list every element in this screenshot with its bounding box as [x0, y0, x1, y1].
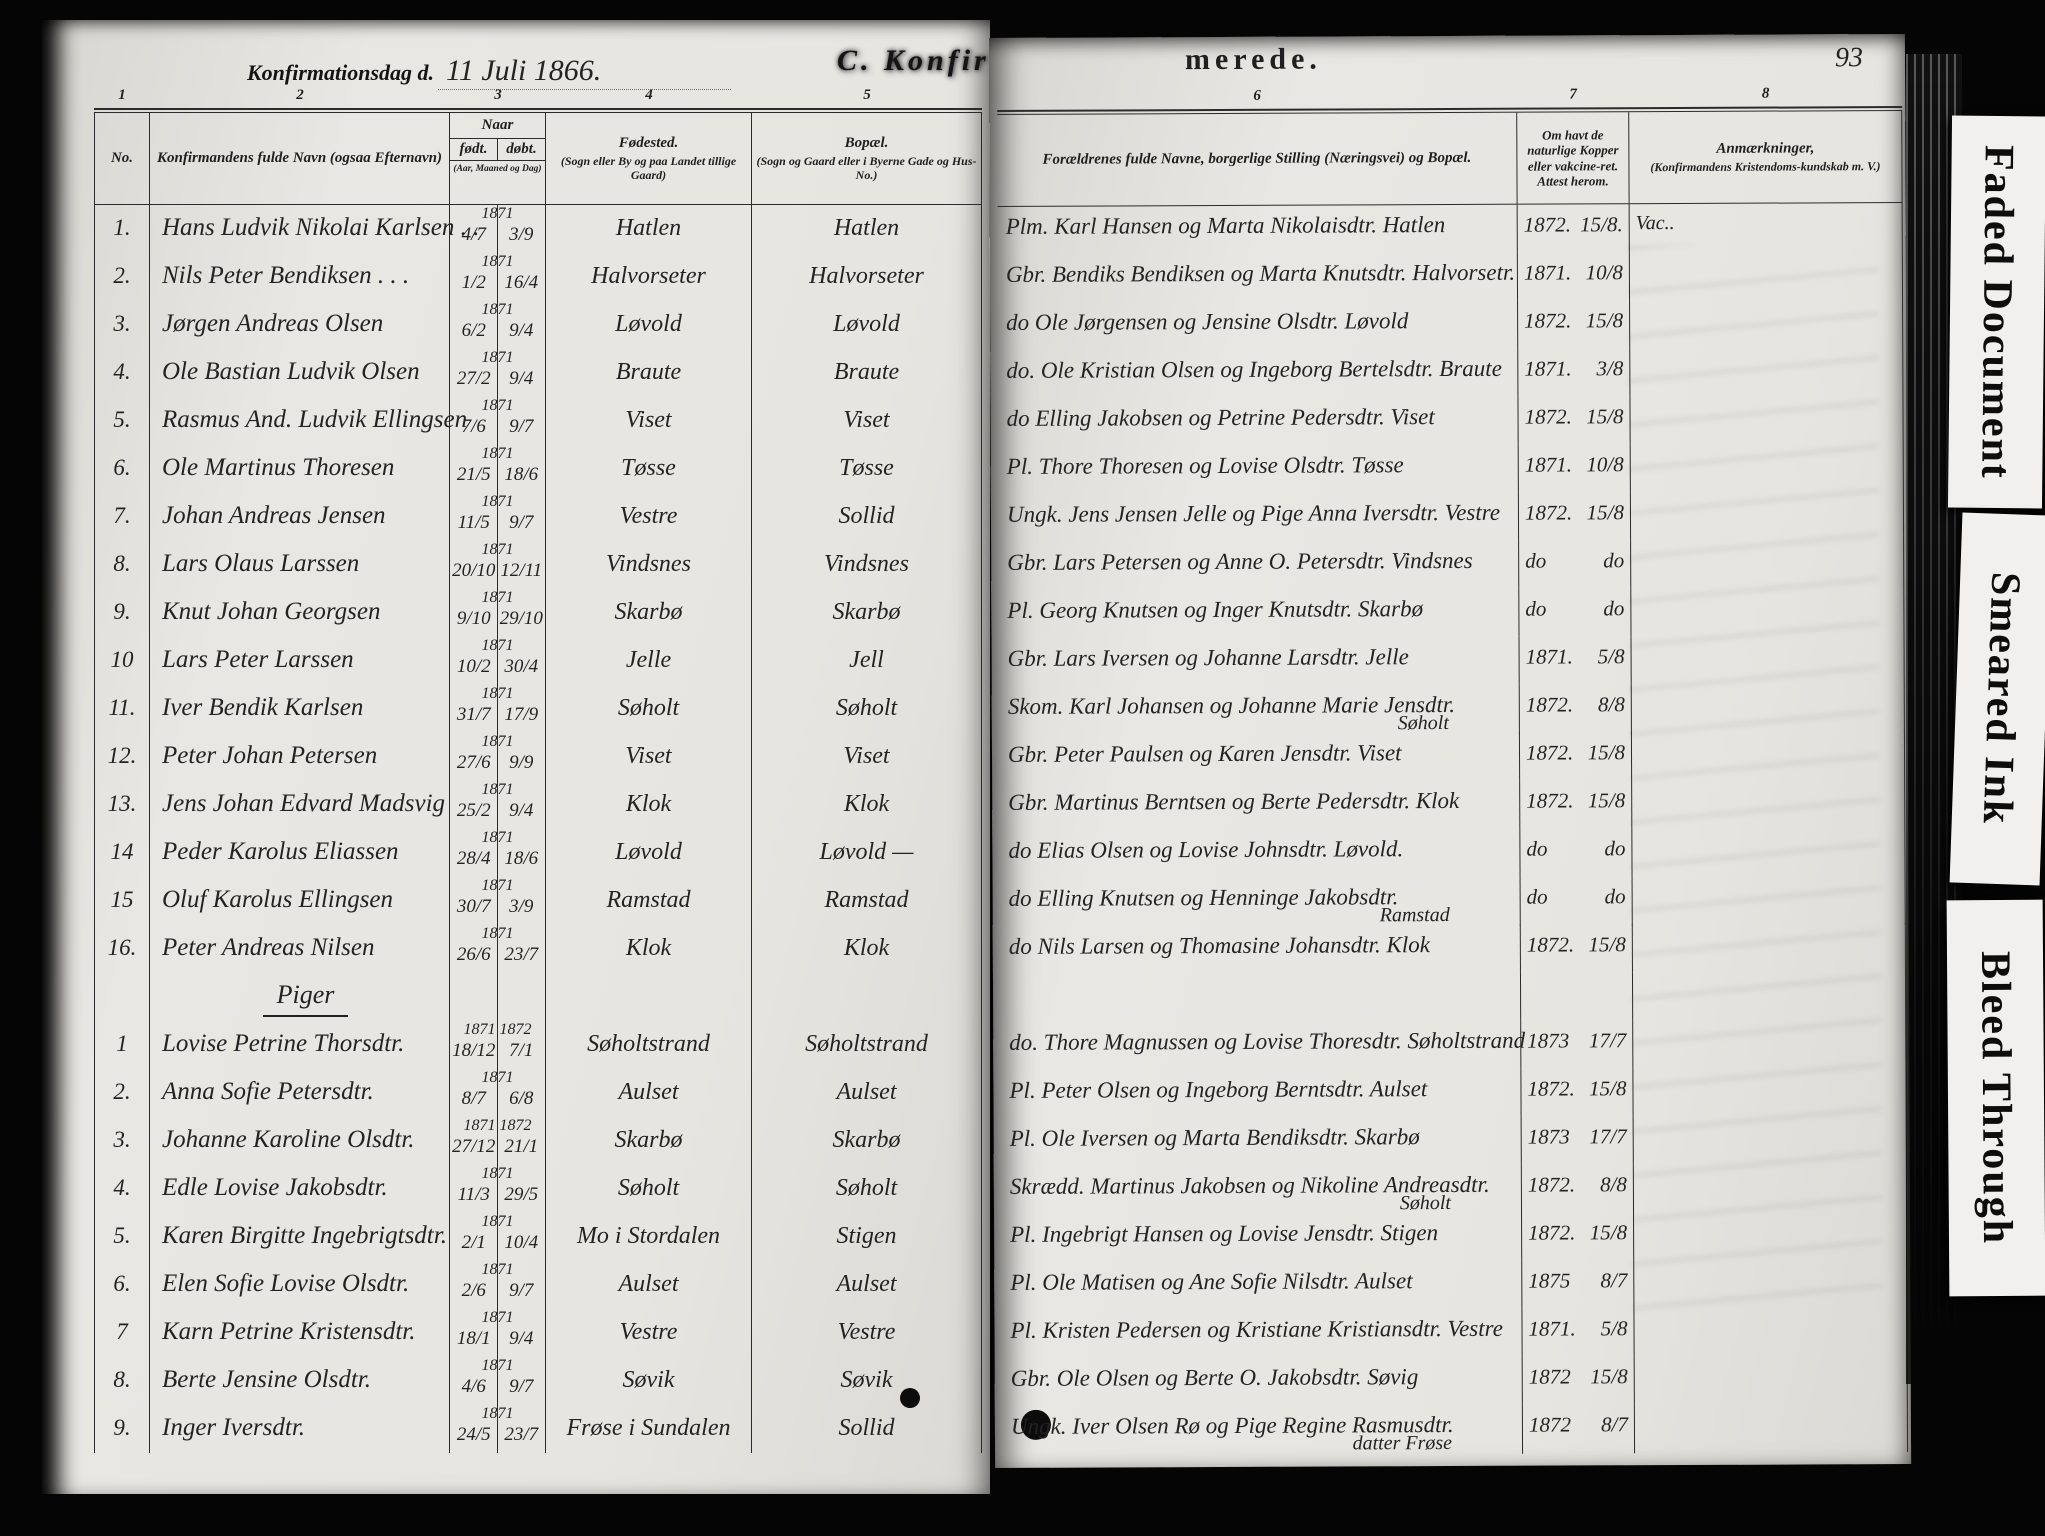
birthplace: Aulset: [546, 1261, 752, 1309]
row-number: 6.: [94, 445, 150, 493]
confirmand-name: Johan Andreas Jensen: [150, 493, 450, 541]
left-header-row: No. Konfirmandens fulde Navn (ogsaa Efte…: [94, 113, 982, 205]
header-residence: Bopæl. (Sogn og Gaard eller i Byerne Gad…: [752, 113, 982, 204]
born-date: 28/4: [450, 847, 498, 871]
baptized-date: 29/10: [498, 607, 546, 631]
confirmand-name: Hans Ludvik Nikolai Karlsen . .: [150, 205, 450, 253]
vaccination-year: 1872: [1529, 1412, 1571, 1453]
header-birthplace-title: Fødested.: [619, 135, 679, 153]
year: 1871: [482, 445, 514, 463]
vaccination-entry: 1871.3/8: [1518, 348, 1630, 396]
confirmand-name: Peter Johan Petersen: [150, 733, 450, 781]
vaccination-day: do: [1605, 884, 1626, 925]
birthplace: Tøsse: [546, 445, 752, 493]
row-dates: 18712/69/7: [450, 1261, 546, 1309]
row-number: 3.: [94, 301, 150, 349]
vaccination-day: 10/8: [1586, 260, 1624, 300]
year: 1871: [482, 541, 514, 559]
vaccination-entry: 1872.15/8: [1518, 300, 1630, 348]
table-row: Gbr. Lars Petersen og Anne O. Petersdtr.…: [999, 539, 1904, 591]
parents-entry: Gbr. Lars Iversen og Johanne Larsdtr. Je…: [1000, 637, 1520, 687]
vaccination-year: do: [1525, 549, 1546, 589]
birthplace: Søholtstrand: [546, 1021, 752, 1069]
remark-entry: [1633, 875, 1906, 925]
row-dates: 18719/1029/10: [450, 589, 546, 637]
column-number: 8: [1629, 82, 1902, 107]
confirmand-name: Johanne Karoline Olsdtr.: [150, 1117, 450, 1165]
parents-entry: Skrædd. Martinus Jakobsen og Nikoline An…: [1002, 1165, 1522, 1216]
baptized-date: 9/4: [498, 319, 546, 343]
baptized-date: 29/5: [498, 1183, 546, 1207]
table-row: 12.Peter Johan Petersen187127/69/9VisetV…: [94, 733, 982, 781]
header-parents: Forældrenes fulde Navne, borgerlige Stil…: [997, 113, 1517, 206]
birthplace: Søvik: [546, 1357, 752, 1405]
table-row: 7Karn Petrine Kristensdtr.187118/19/4Ves…: [94, 1309, 982, 1357]
year: 1871: [482, 589, 514, 607]
baptized-date: 3/9: [498, 223, 546, 247]
condition-label-bleed-through: Bleed Through: [1947, 900, 2045, 1297]
remark-entry: [1634, 1259, 1907, 1308]
vaccination-year: 1875: [1528, 1268, 1570, 1308]
remark-entry: [1634, 1211, 1907, 1260]
baptized-date: 10/4: [498, 1231, 546, 1255]
column-numbers-row: 1 2 3 4 5: [94, 84, 982, 108]
table-row: Gbr. Bendiks Bendiksen og Marta Knutsdtr…: [998, 251, 1903, 303]
confirmand-name: Inger Iversdtr.: [150, 1405, 450, 1453]
vaccination-entry: 1872.15/8: [1520, 780, 1632, 828]
row-number: 2.: [94, 1069, 150, 1117]
year: 1871: [482, 253, 514, 271]
remark-entry: [1632, 635, 1905, 684]
vaccination-entry: 1871.5/8: [1522, 1308, 1634, 1356]
birthplace: Vestre: [546, 1309, 752, 1357]
born-date: 27/6: [450, 751, 498, 775]
vaccination-entry: 187215/8: [1523, 1356, 1635, 1404]
header-birthplace: Fødested. (Sogn eller By og paa Landet t…: [546, 113, 752, 204]
table-row: 1.Hans Ludvik Nikolai Karlsen . .18714/7…: [94, 205, 982, 253]
residence: Klok: [752, 925, 982, 973]
residence: Jell: [752, 637, 982, 685]
birthplace: Vindsnes: [546, 541, 752, 589]
remark-entry: [1632, 827, 1905, 876]
confirmand-name: Lars Peter Larssen: [150, 637, 450, 685]
confirmand-name: Peder Karolus Eliassen: [150, 829, 450, 877]
born-date: 7/6: [450, 415, 498, 439]
vaccination-day: 15/8: [1590, 1364, 1628, 1404]
table-row: Plm. Karl Hansen og Marta Nikolaisdtr. H…: [998, 203, 1903, 255]
confirmand-name: Karn Petrine Kristensdtr.: [150, 1309, 450, 1357]
birthplace: Mo i Stordalen: [546, 1213, 752, 1261]
residence: Tøsse: [752, 445, 982, 493]
table-row: Gbr. Lars Iversen og Johanne Larsdtr. Je…: [1000, 635, 1905, 687]
header-vaccination: Om havt de naturlige Kopper eller vakcin…: [1517, 112, 1629, 203]
parents-entry: [1001, 973, 1521, 1023]
confirmand-name: Edle Lovise Jakobsdtr.: [150, 1165, 450, 1213]
year: 1871: [482, 1309, 514, 1327]
table-row: Skrædd. Martinus Jakobsen og Nikoline An…: [1002, 1163, 1907, 1215]
confirmand-name: Peter Andreas Nilsen: [150, 925, 450, 973]
vaccination-day: 5/8: [1601, 1316, 1628, 1356]
confirmand-name: Karen Birgitte Ingebrigtsdtr.: [150, 1213, 450, 1261]
row-number: 10: [94, 637, 150, 685]
table-row: do Nils Larsen og Thomasine Johansdtr. K…: [1001, 923, 1906, 975]
birthplace: Klok: [546, 925, 752, 973]
row-dates: 187130/73/9: [450, 877, 546, 925]
year: 1871: [482, 877, 514, 895]
residence: Vestre: [752, 1309, 982, 1357]
row-number: 4.: [94, 1165, 150, 1213]
left-table-body: 1.Hans Ludvik Nikolai Karlsen . .18714/7…: [94, 205, 982, 1453]
baptized-date: 23/7: [498, 1423, 546, 1447]
parents-entry: Gbr. Lars Petersen og Anne O. Petersdtr.…: [999, 541, 1519, 591]
table-row: 3.Johanne Karoline Olsdtr.1871 187227/12…: [94, 1117, 982, 1165]
remark-entry: [1632, 683, 1905, 733]
table-row: 13.Jens Johan Edvard Madsvig187125/29/4K…: [94, 781, 982, 829]
remark-entry: [1633, 1019, 1906, 1068]
born-date: 11/5: [450, 511, 498, 535]
row-number: 1.: [94, 205, 150, 253]
born-date: 10/2: [450, 655, 498, 679]
row-dates: 187126/623/7: [450, 925, 546, 973]
table-row: Piger: [94, 973, 982, 1021]
year: 1871: [482, 493, 514, 511]
birthplace: Løvold: [546, 829, 752, 877]
confirmand-name: Anna Sofie Petersdtr.: [150, 1069, 450, 1117]
vaccination-day: 15/8.: [1580, 212, 1623, 252]
row-dates: 187127/29/4: [450, 349, 546, 397]
birthplace: Jelle: [546, 637, 752, 685]
row-number: 6.: [94, 1261, 150, 1309]
row-number: 3.: [94, 1117, 150, 1165]
table-row: 7.Johan Andreas Jensen187111/59/7VestreS…: [94, 493, 982, 541]
vaccination-year: 1872.: [1524, 404, 1571, 444]
vaccination-entry: dodo: [1521, 876, 1633, 925]
vaccination-entry: 18728/7: [1523, 1404, 1635, 1453]
table-row: 8.Lars Olaus Larssen187120/1012/11Vindsn…: [94, 541, 982, 589]
vaccination-entry: 1872.8/8: [1522, 1164, 1634, 1213]
row-number: 11.: [94, 685, 150, 733]
vaccination-year: 1873: [1528, 1124, 1570, 1164]
table-row: 5.Karen Birgitte Ingebrigtsdtr.18712/110…: [94, 1213, 982, 1261]
vaccination-entry: [1521, 972, 1633, 1020]
table-row: 8.Berte Jensine Olsdtr.18714/69/7SøvikSø…: [94, 1357, 982, 1405]
born-date: 27/12: [450, 1135, 498, 1159]
parents-entry: do. Thore Magnussen og Lovise Thoresdtr.…: [1001, 1021, 1521, 1071]
remark-entry: Vac..: [1630, 203, 1903, 252]
vaccination-day: 15/8: [1589, 1076, 1627, 1116]
birthplace: Vestre: [546, 493, 752, 541]
table-row: 2.Anna Sofie Petersdtr.18718/76/8AulsetA…: [94, 1069, 982, 1117]
header-remarks-title: Anmærkninger,: [1716, 140, 1814, 158]
remark-entry: [1633, 923, 1906, 972]
header-baptized: døbt.: [498, 139, 545, 161]
birthplace: Ramstad: [546, 877, 752, 925]
remark-entry: [1631, 587, 1904, 636]
remark-entry: [1630, 395, 1903, 444]
vaccination-year: do: [1527, 885, 1548, 926]
year: 1871: [482, 301, 514, 319]
confirmand-name: Berte Jensine Olsdtr.: [150, 1357, 450, 1405]
born-date: 25/2: [450, 799, 498, 823]
row-number: 14: [94, 829, 150, 877]
row-number: 9.: [94, 1405, 150, 1453]
header-naar: Naar født. døbt. (Aar, Maaned og Dag): [450, 113, 546, 204]
birthplace: Søholt: [546, 1165, 752, 1213]
row-dates: 18717/69/7: [450, 397, 546, 445]
table-row: Gbr. Ole Olsen og Berte O. Jakobsdtr. Sø…: [1003, 1355, 1908, 1407]
table-row: 16.Peter Andreas Nilsen187126/623/7KlokK…: [94, 925, 982, 973]
table-row: 15Oluf Karolus Ellingsen187130/73/9Ramst…: [94, 877, 982, 925]
parents-entry: Gbr. Bendiks Bendiksen og Marta Knutsdtr…: [998, 253, 1518, 303]
row-dates: 1871 187218/127/1: [450, 1021, 546, 1069]
residence: Søholt: [752, 685, 982, 733]
table-row: Gbr. Martinus Berntsen og Berte Pedersdt…: [1000, 779, 1905, 831]
confirmand-name: Ole Martinus Thoresen: [150, 445, 450, 493]
vaccination-year: do: [1525, 597, 1546, 637]
born-date: 20/10: [450, 559, 498, 583]
year: 1871: [482, 1405, 514, 1423]
parents-entry: Gbr. Martinus Berntsen og Berte Pedersdt…: [1000, 781, 1520, 831]
year: 1871: [482, 637, 514, 655]
confirmand-name: Elen Sofie Lovise Olsdtr.: [150, 1261, 450, 1309]
table-row: Skom. Karl Johansen og Johanne Marie Jen…: [1000, 683, 1905, 735]
residence: Klok: [752, 781, 982, 829]
row-number: 7.: [94, 493, 150, 541]
vaccination-entry: dodo: [1520, 828, 1632, 876]
row-dates: 187120/1012/11: [450, 541, 546, 589]
vaccination-entry: dodo: [1519, 588, 1631, 636]
remark-entry: [1631, 443, 1904, 492]
residence: Braute: [752, 349, 982, 397]
confirmand-name: Jens Johan Edvard Madsvig: [150, 781, 450, 829]
table-row: 6.Ole Martinus Thoresen187121/518/6Tøsse…: [94, 445, 982, 493]
born-date: 18/12: [450, 1039, 498, 1063]
column-number: 1: [94, 84, 150, 108]
vaccination-entry: 1871.10/8: [1518, 252, 1630, 300]
header-naar-title: Naar: [450, 113, 545, 139]
year: 1871: [482, 733, 514, 751]
confirmand-name: Knut Johan Georgsen: [150, 589, 450, 637]
baptized-date: 23/7: [498, 943, 546, 967]
vaccination-year: 1872.: [1525, 500, 1572, 540]
row-dates: 187118/19/4: [450, 1309, 546, 1357]
table-row: 1Lovise Petrine Thorsdtr.1871 187218/127…: [94, 1021, 982, 1069]
table-row: Pl. Peter Olsen og Ingeborg Berntsdtr. A…: [1001, 1067, 1906, 1119]
remark-entry: [1634, 1307, 1907, 1356]
vaccination-year: 1871.: [1525, 452, 1572, 492]
parents-entry: do Ole Jørgensen og Jensine Olsdtr. Løvo…: [998, 301, 1518, 351]
column-number: 5: [752, 84, 982, 108]
year: 1871: [482, 1357, 514, 1375]
vaccination-day: 15/8: [1587, 500, 1625, 540]
row-dates: 18714/69/7: [450, 1357, 546, 1405]
vaccination-year: 1872.: [1528, 1172, 1575, 1213]
header-remarks: Anmærkninger, (Konfirmandens Kristendoms…: [1629, 111, 1902, 203]
confirmand-name: Rasmus And. Ludvik Ellingsen: [150, 397, 450, 445]
confirmation-day-printed-label: Konfirmationsdag d.: [247, 60, 434, 85]
table-row: Pl. Thore Thoresen og Lovise Olsdtr. Tøs…: [999, 443, 1904, 495]
confirmand-name: Lars Olaus Larssen: [150, 541, 450, 589]
vaccination-day: 15/8: [1586, 308, 1624, 348]
right-table-body: Plm. Karl Hansen og Marta Nikolaisdtr. H…: [998, 203, 1908, 1455]
residence: Viset: [752, 733, 982, 781]
year: 1871: [482, 685, 514, 703]
row-dates: 187110/230/4: [450, 637, 546, 685]
row-dates: 187111/329/5: [450, 1165, 546, 1213]
page-number: 93: [1835, 42, 1863, 74]
year: 1871: [482, 1261, 514, 1279]
residence: Skarbø: [752, 589, 982, 637]
residence: Løvold —: [752, 829, 982, 877]
parents-entry-sub: datter Frøse: [1011, 1433, 1522, 1456]
remark-entry: [1633, 971, 1906, 1020]
born-date: 21/5: [450, 463, 498, 487]
table-row: do Elias Olsen og Lovise Johnsdtr. Løvol…: [1000, 827, 1905, 879]
vaccination-year: 1872.: [1528, 1220, 1575, 1260]
baptized-date: 9/7: [498, 1279, 546, 1303]
section-label-piger: Piger: [263, 975, 349, 1017]
remark-entry: [1632, 731, 1905, 780]
table-row: Ungk. Iver Olsen Rø og Pige Regine Rasmu…: [1003, 1403, 1908, 1455]
row-dates: 187131/717/9: [450, 685, 546, 733]
row-number: 7: [94, 1309, 150, 1357]
year: 1871 1872: [464, 1021, 532, 1039]
table-row: 4.Edle Lovise Jakobsdtr.187111/329/5Søho…: [94, 1165, 982, 1213]
born-date: 2/1: [450, 1231, 498, 1255]
column-number: 4: [546, 84, 752, 108]
vaccination-entry: 1871.10/8: [1519, 444, 1631, 492]
table-row: 9.Knut Johan Georgsen18719/1029/10Skarbø…: [94, 589, 982, 637]
row-number: 5.: [94, 397, 150, 445]
row-number: 4.: [94, 349, 150, 397]
table-row: [1001, 971, 1906, 1023]
year: 1871: [482, 1165, 514, 1183]
year: 1871: [482, 781, 514, 799]
residence: Aulset: [752, 1069, 982, 1117]
row-number: 9.: [94, 589, 150, 637]
table-row: 3.Jørgen Andreas Olsen18716/29/4LøvoldLø…: [94, 301, 982, 349]
baptized-date: 17/9: [498, 703, 546, 727]
baptized-date: 9/4: [498, 367, 546, 391]
parents-entry: Pl. Ingebrigt Hansen og Lovise Jensdtr. …: [1002, 1213, 1522, 1263]
parents-entry: Skom. Karl Johansen og Johanne Marie Jen…: [1000, 685, 1520, 736]
remark-entry: [1630, 347, 1903, 396]
table-row: Pl. Kristen Pedersen og Kristiane Kristi…: [1002, 1307, 1907, 1359]
header-birthplace-sub: (Sogn eller By og paa Landet tillige Gaa…: [550, 154, 747, 182]
vaccination-year: do: [1526, 837, 1547, 877]
born-date: 9/10: [450, 607, 498, 631]
header-name: Konfirmandens fulde Navn (ogsaa Efternav…: [150, 113, 450, 204]
vaccination-entry: 1872.15/8.: [1518, 204, 1630, 252]
year: 1871: [482, 205, 514, 223]
row-number: 13.: [94, 781, 150, 829]
table-row: 4.Ole Bastian Ludvik Olsen187127/29/4Bra…: [94, 349, 982, 397]
confirmand-name: Ole Bastian Ludvik Olsen: [150, 349, 450, 397]
vaccination-year: 1872.: [1524, 308, 1571, 348]
vaccination-year: 1871.: [1526, 644, 1573, 684]
baptized-date: 9/7: [498, 1375, 546, 1399]
vaccination-year: 1872.: [1526, 788, 1573, 828]
vaccination-year: 1872.: [1527, 932, 1574, 972]
parents-entry: Pl. Ole Matisen og Ane Sofie Nilsdtr. Au…: [1002, 1261, 1522, 1311]
vaccination-day: do: [1603, 548, 1624, 588]
parents-entry: Ungk. Iver Olsen Rø og Pige Regine Rasmu…: [1003, 1405, 1523, 1456]
right-table: 6 7 8 Forældrenes fulde Navne, borgerlig…: [997, 82, 1908, 1455]
row-dates: 187111/59/7: [450, 493, 546, 541]
confirmand-name: Jørgen Andreas Olsen: [150, 301, 450, 349]
residence: Ramstad: [752, 877, 982, 925]
baptized-date: 3/9: [498, 895, 546, 919]
vaccination-year: 1871.: [1528, 1316, 1575, 1356]
remark-entry: [1631, 539, 1904, 588]
vaccination-entry: 1872.15/8: [1518, 396, 1630, 444]
table-row: Ungk. Jens Jensen Jelle og Pige Anna Ive…: [999, 491, 1904, 543]
row-dates: 187124/523/7: [450, 1405, 546, 1453]
year: 1871: [482, 829, 514, 847]
year: 1871: [482, 1213, 514, 1231]
vaccination-day: 5/8: [1598, 644, 1625, 684]
year: 1871 1872: [464, 1117, 532, 1135]
birthplace: Klok: [546, 781, 752, 829]
vaccination-entry: 1872.15/8: [1521, 1068, 1633, 1116]
vaccination-day: 8/7: [1601, 1412, 1628, 1453]
vaccination-entry: 187317/7: [1521, 1020, 1633, 1068]
table-row: Pl. Georg Knutsen og Inger Knutsdtr. Ska…: [999, 587, 1904, 639]
residence: Sollid: [752, 1405, 982, 1453]
vaccination-day: do: [1604, 836, 1625, 876]
table-row: Gbr. Peter Paulsen og Karen Jensdtr. Vis…: [1000, 731, 1905, 783]
born-date: 1/2: [450, 271, 498, 295]
vaccination-entry: 1871.5/8: [1520, 636, 1632, 684]
table-row: do Elling Knutsen og Henninge Jakobsdtr.…: [1001, 875, 1906, 927]
vaccination-day: 17/7: [1589, 1028, 1627, 1068]
born-date: 8/7: [450, 1087, 498, 1111]
remark-entry: [1634, 1115, 1907, 1164]
vaccination-day: 8/8: [1600, 1172, 1627, 1213]
residence: Stigen: [752, 1213, 982, 1261]
row-dates: 187128/418/6: [450, 829, 546, 877]
parents-entry: Gbr. Ole Olsen og Berte O. Jakobsdtr. Sø…: [1003, 1357, 1523, 1407]
parents-entry: Pl. Ole Iversen og Marta Bendiksdtr. Ska…: [1002, 1117, 1522, 1167]
header-born-baptized: født. døbt.: [450, 139, 545, 162]
vaccination-day: 10/8: [1586, 452, 1624, 492]
table-row: 11.Iver Bendik Karlsen187131/717/9Søholt…: [94, 685, 982, 733]
baptized-date: 30/4: [498, 655, 546, 679]
year: 1871: [482, 397, 514, 415]
vaccination-entry: 1872.15/8: [1519, 492, 1631, 540]
vaccination-year: 1872.: [1524, 212, 1571, 252]
vaccination-day: 3/8: [1596, 356, 1623, 396]
row-dates: 18711/216/4: [450, 253, 546, 301]
born-date: 26/6: [450, 943, 498, 967]
baptized-date: 21/1: [498, 1135, 546, 1159]
parents-entry: Ungk. Jens Jensen Jelle og Pige Anna Ive…: [999, 493, 1519, 543]
column-number: 3: [450, 84, 546, 108]
row-number: 8.: [94, 541, 150, 589]
baptized-date: 6/8: [498, 1087, 546, 1111]
vaccination-entry: 1872.15/8: [1521, 924, 1633, 972]
header-residence-sub: (Sogn og Gaard eller i Byerne Gade og Hu…: [756, 154, 977, 182]
header-residence-title: Bopæl.: [845, 135, 889, 153]
header-remarks-sub: (Konfirmandens Kristendoms-kundskab m. V…: [1650, 159, 1880, 174]
row-number: 16.: [94, 925, 150, 973]
column-number: 7: [1517, 83, 1629, 107]
born-date: 18/1: [450, 1327, 498, 1351]
table-row: 6.Elen Sofie Lovise Olsdtr.18712/69/7Aul…: [94, 1261, 982, 1309]
parents-entry: Pl. Thore Thoresen og Lovise Olsdtr. Tøs…: [999, 445, 1519, 495]
birthplace: Viset: [546, 397, 752, 445]
remark-entry: [1635, 1403, 1908, 1453]
